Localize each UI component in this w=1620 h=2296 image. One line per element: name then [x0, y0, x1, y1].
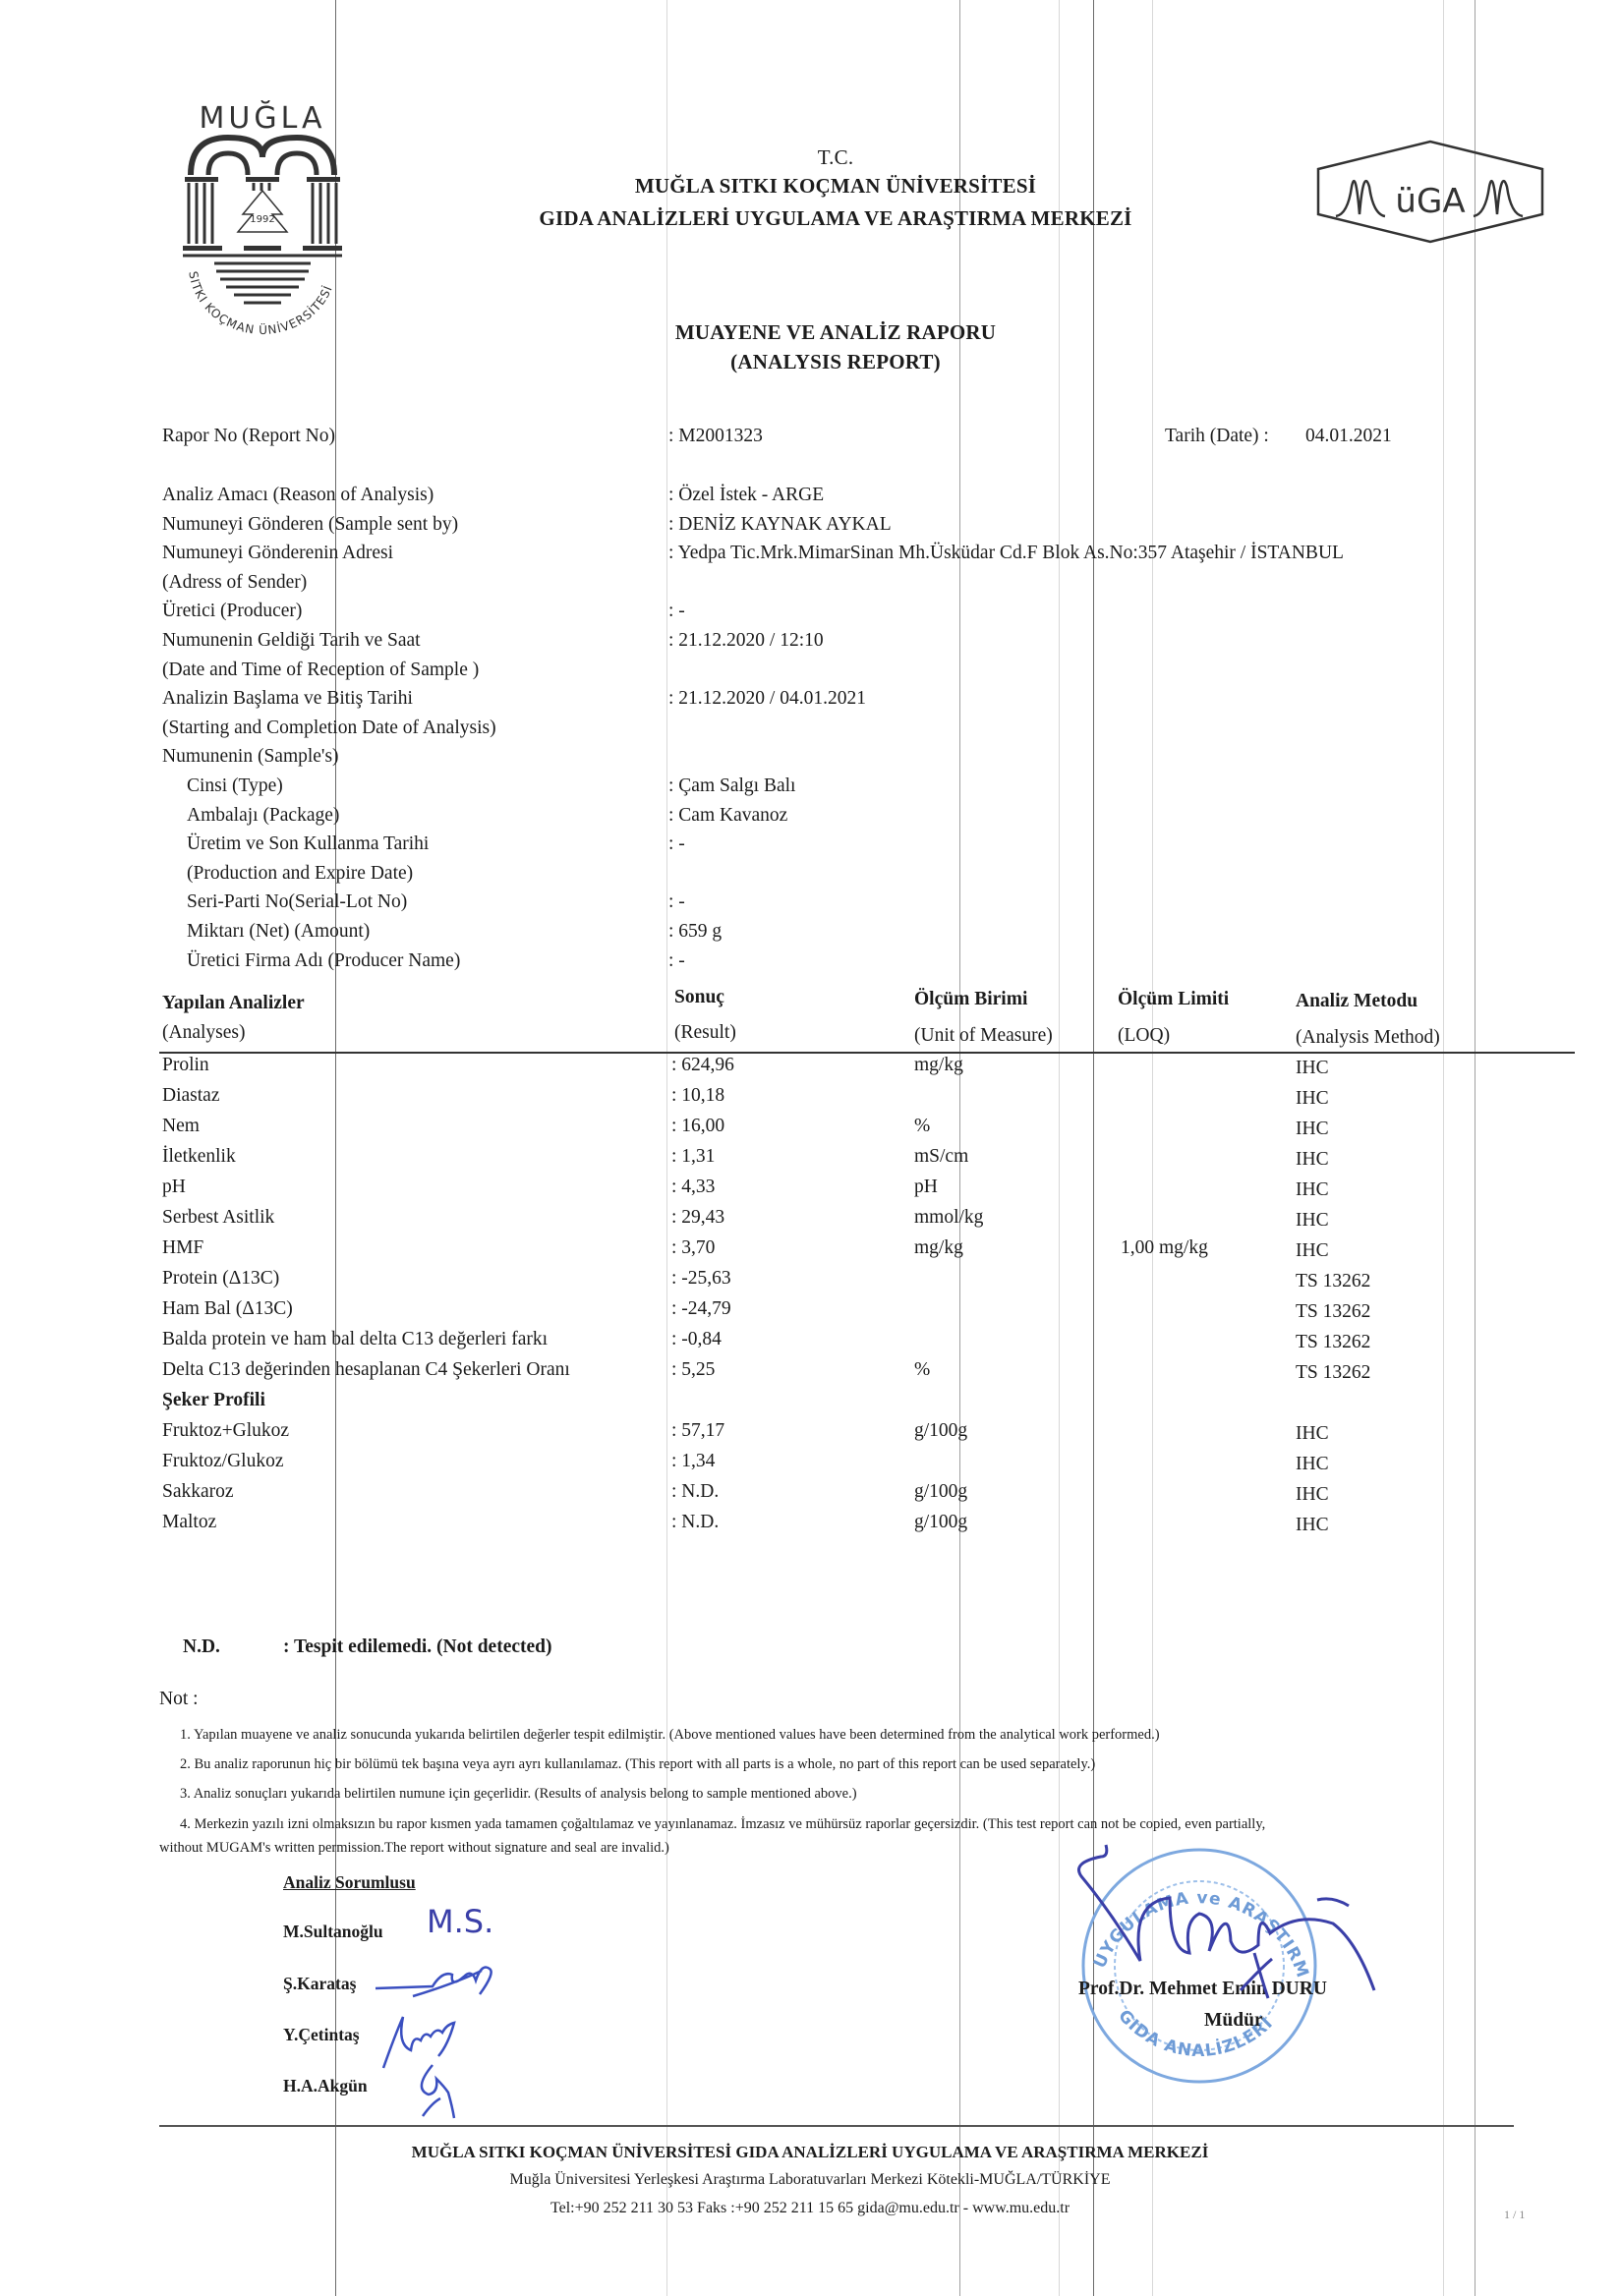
nd-abbr: N.D. — [183, 1636, 220, 1658]
signature-akgun — [393, 2059, 482, 2128]
cell-unit: % — [914, 1359, 930, 1381]
date-label: Tarih (Date) : — [1165, 426, 1269, 447]
info-label: Üretim ve Son Kullanma Tarihi — [187, 833, 429, 855]
cell-method: TS 13262 — [1296, 1271, 1370, 1292]
signatories-title: Analiz Sorumlusu — [283, 1872, 416, 1893]
info-label: Üretici Firma Adı (Producer Name) — [187, 950, 460, 972]
info-label: (Production and Expire Date) — [187, 863, 413, 885]
info-label: Cinsi (Type) — [187, 775, 283, 797]
info-value: : Özel İstek - ARGE — [668, 485, 824, 506]
footer-institution: MUĞLA SITKI KOÇMAN ÜNİVERSİTESİ GIDA ANA… — [0, 2143, 1620, 2162]
svg-text:üGA: üGA — [1395, 182, 1465, 221]
cell-unit: g/100g — [914, 1512, 967, 1533]
report-no-value: : M2001323 — [668, 426, 763, 447]
cell-result: : 29,43 — [671, 1207, 724, 1229]
info-value: : 21.12.2020 / 04.01.2021 — [668, 688, 866, 710]
report-no-label: Rapor No (Report No) — [162, 426, 335, 447]
cell-name: Fruktoz/Glukoz — [162, 1451, 283, 1472]
cell-result: : 10,18 — [671, 1085, 724, 1107]
cell-name: İletkenlik — [162, 1146, 236, 1168]
cell-result: : N.D. — [671, 1512, 719, 1533]
cell-name: Maltoz — [162, 1512, 216, 1533]
cell-method: IHC — [1296, 1058, 1329, 1079]
signature-sultanoglu: M.S. — [423, 1897, 531, 1946]
date-value: 04.01.2021 — [1305, 426, 1392, 447]
info-label: (Date and Time of Reception of Sample ) — [162, 660, 479, 681]
info-value: : 659 g — [668, 921, 722, 943]
cell-method: IHC — [1296, 1210, 1329, 1232]
info-value: : 21.12.2020 / 12:10 — [668, 630, 824, 652]
col-result-subheader: (Result) — [674, 1022, 736, 1044]
col-loq-header: Ölçüm Limiti — [1118, 989, 1229, 1010]
cell-method: IHC — [1296, 1484, 1329, 1506]
nd-explanation: : Tespit edilemedi. (Not detected) — [283, 1636, 552, 1658]
cell-name: Nem — [162, 1116, 200, 1137]
info-value: : - — [668, 950, 685, 972]
info-label: Numunenin (Sample's) — [162, 746, 339, 768]
note-item: 2. Bu analiz raporunun hiç bir bölümü te… — [180, 1756, 1095, 1773]
info-label: Miktarı (Net) (Amount) — [187, 921, 370, 943]
cell-result: : 3,70 — [671, 1237, 715, 1259]
signatory-name: M.Sultanoğlu — [283, 1922, 383, 1942]
cell-result: : 57,17 — [671, 1420, 724, 1442]
cell-method: IHC — [1296, 1149, 1329, 1171]
director-title: Müdür — [1204, 2010, 1263, 2032]
col-analyses-subheader: (Analyses) — [162, 1022, 245, 1044]
footer-address: Muğla Üniversitesi Yerleşkesi Araştırma … — [0, 2171, 1620, 2189]
info-label: (Adress of Sender) — [162, 572, 307, 594]
footer-divider — [159, 2125, 1514, 2127]
cell-name: Delta C13 değerinden hesaplanan C4 Şeker… — [162, 1359, 570, 1381]
col-method-subheader: (Analysis Method) — [1296, 1027, 1440, 1049]
signatory-name: Y.Çetintaş — [283, 2025, 360, 2045]
info-label: Numuneyi Gönderen (Sample sent by) — [162, 514, 458, 536]
cell-name: HMF — [162, 1237, 203, 1259]
info-label: Analiz Amacı (Reason of Analysis) — [162, 485, 434, 506]
note-item: 1. Yapılan muayene ve analiz sonucunda y… — [180, 1727, 1160, 1744]
page-number: 1 / 1 — [1504, 2208, 1525, 2222]
notes-title: Not : — [159, 1689, 199, 1710]
cell-unit: g/100g — [914, 1420, 967, 1442]
cell-result: : 5,25 — [671, 1359, 715, 1381]
cell-name: Protein (Δ13C) — [162, 1268, 279, 1290]
mugam-logo: üGA — [1312, 138, 1548, 246]
col-result-header: Sonuç — [674, 987, 724, 1008]
info-label: Analizin Başlama ve Bitiş Tarihi — [162, 688, 413, 710]
report-subtitle: (ANALYSIS REPORT) — [0, 350, 1620, 374]
svg-text:M.S.: M.S. — [427, 1903, 493, 1940]
cell-unit: mmol/kg — [914, 1207, 983, 1229]
cell-name: Şeker Profili — [162, 1390, 265, 1411]
signature-director — [1062, 1843, 1416, 2010]
cell-method: IHC — [1296, 1454, 1329, 1475]
col-unit-subheader: (Unit of Measure) — [914, 1025, 1053, 1047]
col-analyses-header: Yapılan Analizler — [162, 993, 305, 1014]
info-label: Numuneyi Gönderenin Adresi — [162, 543, 393, 564]
info-label: Üretici (Producer) — [162, 601, 302, 622]
cell-unit: % — [914, 1116, 930, 1137]
info-value: : Çam Salgı Balı — [668, 775, 795, 797]
footer-contact: Tel:+90 252 211 30 53 Faks :+90 252 211 … — [0, 2200, 1620, 2217]
info-value: : DENİZ KAYNAK AYKAL — [668, 514, 892, 536]
info-value: : - — [668, 601, 685, 622]
table-header-divider — [159, 1052, 1575, 1054]
info-label: Seri-Parti No(Serial-Lot No) — [187, 891, 407, 913]
cell-result: : 1,31 — [671, 1146, 715, 1168]
cell-result: : 1,34 — [671, 1451, 715, 1472]
signature-karatas — [374, 1951, 511, 2010]
report-title: MUAYENE VE ANALİZ RAPORU — [0, 320, 1620, 345]
info-value: : - — [668, 891, 685, 913]
cell-unit: mg/kg — [914, 1055, 963, 1076]
cell-result: : -25,63 — [671, 1268, 731, 1290]
cell-method: TS 13262 — [1296, 1332, 1370, 1353]
cell-method: IHC — [1296, 1119, 1329, 1140]
cell-method: IHC — [1296, 1423, 1329, 1445]
cell-name: Balda protein ve ham bal delta C13 değer… — [162, 1329, 548, 1350]
note-item: 3. Analiz sonuçları yukarıda belirtilen … — [180, 1786, 857, 1803]
cell-name: Fruktoz+Glukoz — [162, 1420, 289, 1442]
cell-unit: mg/kg — [914, 1237, 963, 1259]
cell-method: TS 13262 — [1296, 1362, 1370, 1384]
col-unit-header: Ölçüm Birimi — [914, 989, 1027, 1010]
cell-method: IHC — [1296, 1179, 1329, 1201]
cell-result: : -24,79 — [671, 1298, 731, 1320]
cell-loq: 1,00 mg/kg — [1121, 1237, 1208, 1259]
cell-result: : 624,96 — [671, 1055, 734, 1076]
cell-unit: g/100g — [914, 1481, 967, 1503]
note-item: without MUGAM's written permission.The r… — [159, 1840, 669, 1857]
cell-method: IHC — [1296, 1088, 1329, 1110]
info-value: : Yedpa Tic.Mrk.MimarSinan Mh.Üsküdar Cd… — [668, 543, 1344, 564]
info-value: : Cam Kavanoz — [668, 805, 787, 827]
col-method-header: Analiz Metodu — [1296, 991, 1417, 1012]
cell-name: pH — [162, 1177, 186, 1198]
signatory-name: Ş.Karataş — [283, 1974, 356, 1994]
info-label: (Starting and Completion Date of Analysi… — [162, 717, 496, 739]
cell-result: : N.D. — [671, 1481, 719, 1503]
info-label: Ambalajı (Package) — [187, 805, 339, 827]
svg-text:MUĞLA: MUĞLA — [199, 99, 325, 136]
cell-unit: pH — [914, 1177, 938, 1198]
cell-name: Sakkaroz — [162, 1481, 234, 1503]
cell-name: Ham Bal (Δ13C) — [162, 1298, 293, 1320]
cell-result: : -0,84 — [671, 1329, 722, 1350]
cell-result: : 4,33 — [671, 1177, 715, 1198]
cell-name: Serbest Asitlik — [162, 1207, 274, 1229]
signatory-name: H.A.Akgün — [283, 2076, 368, 2096]
info-label: Numunenin Geldiği Tarih ve Saat — [162, 630, 421, 652]
cell-name: Prolin — [162, 1055, 209, 1076]
info-value: : - — [668, 833, 685, 855]
cell-unit: mS/cm — [914, 1146, 968, 1168]
col-loq-subheader: (LOQ) — [1118, 1025, 1170, 1047]
cell-result: : 16,00 — [671, 1116, 724, 1137]
cell-method: IHC — [1296, 1515, 1329, 1536]
cell-method: IHC — [1296, 1240, 1329, 1262]
cell-method: TS 13262 — [1296, 1301, 1370, 1323]
cell-name: Diastaz — [162, 1085, 219, 1107]
note-item: 4. Merkezin yazılı izni olmaksızın bu ra… — [180, 1816, 1265, 1833]
